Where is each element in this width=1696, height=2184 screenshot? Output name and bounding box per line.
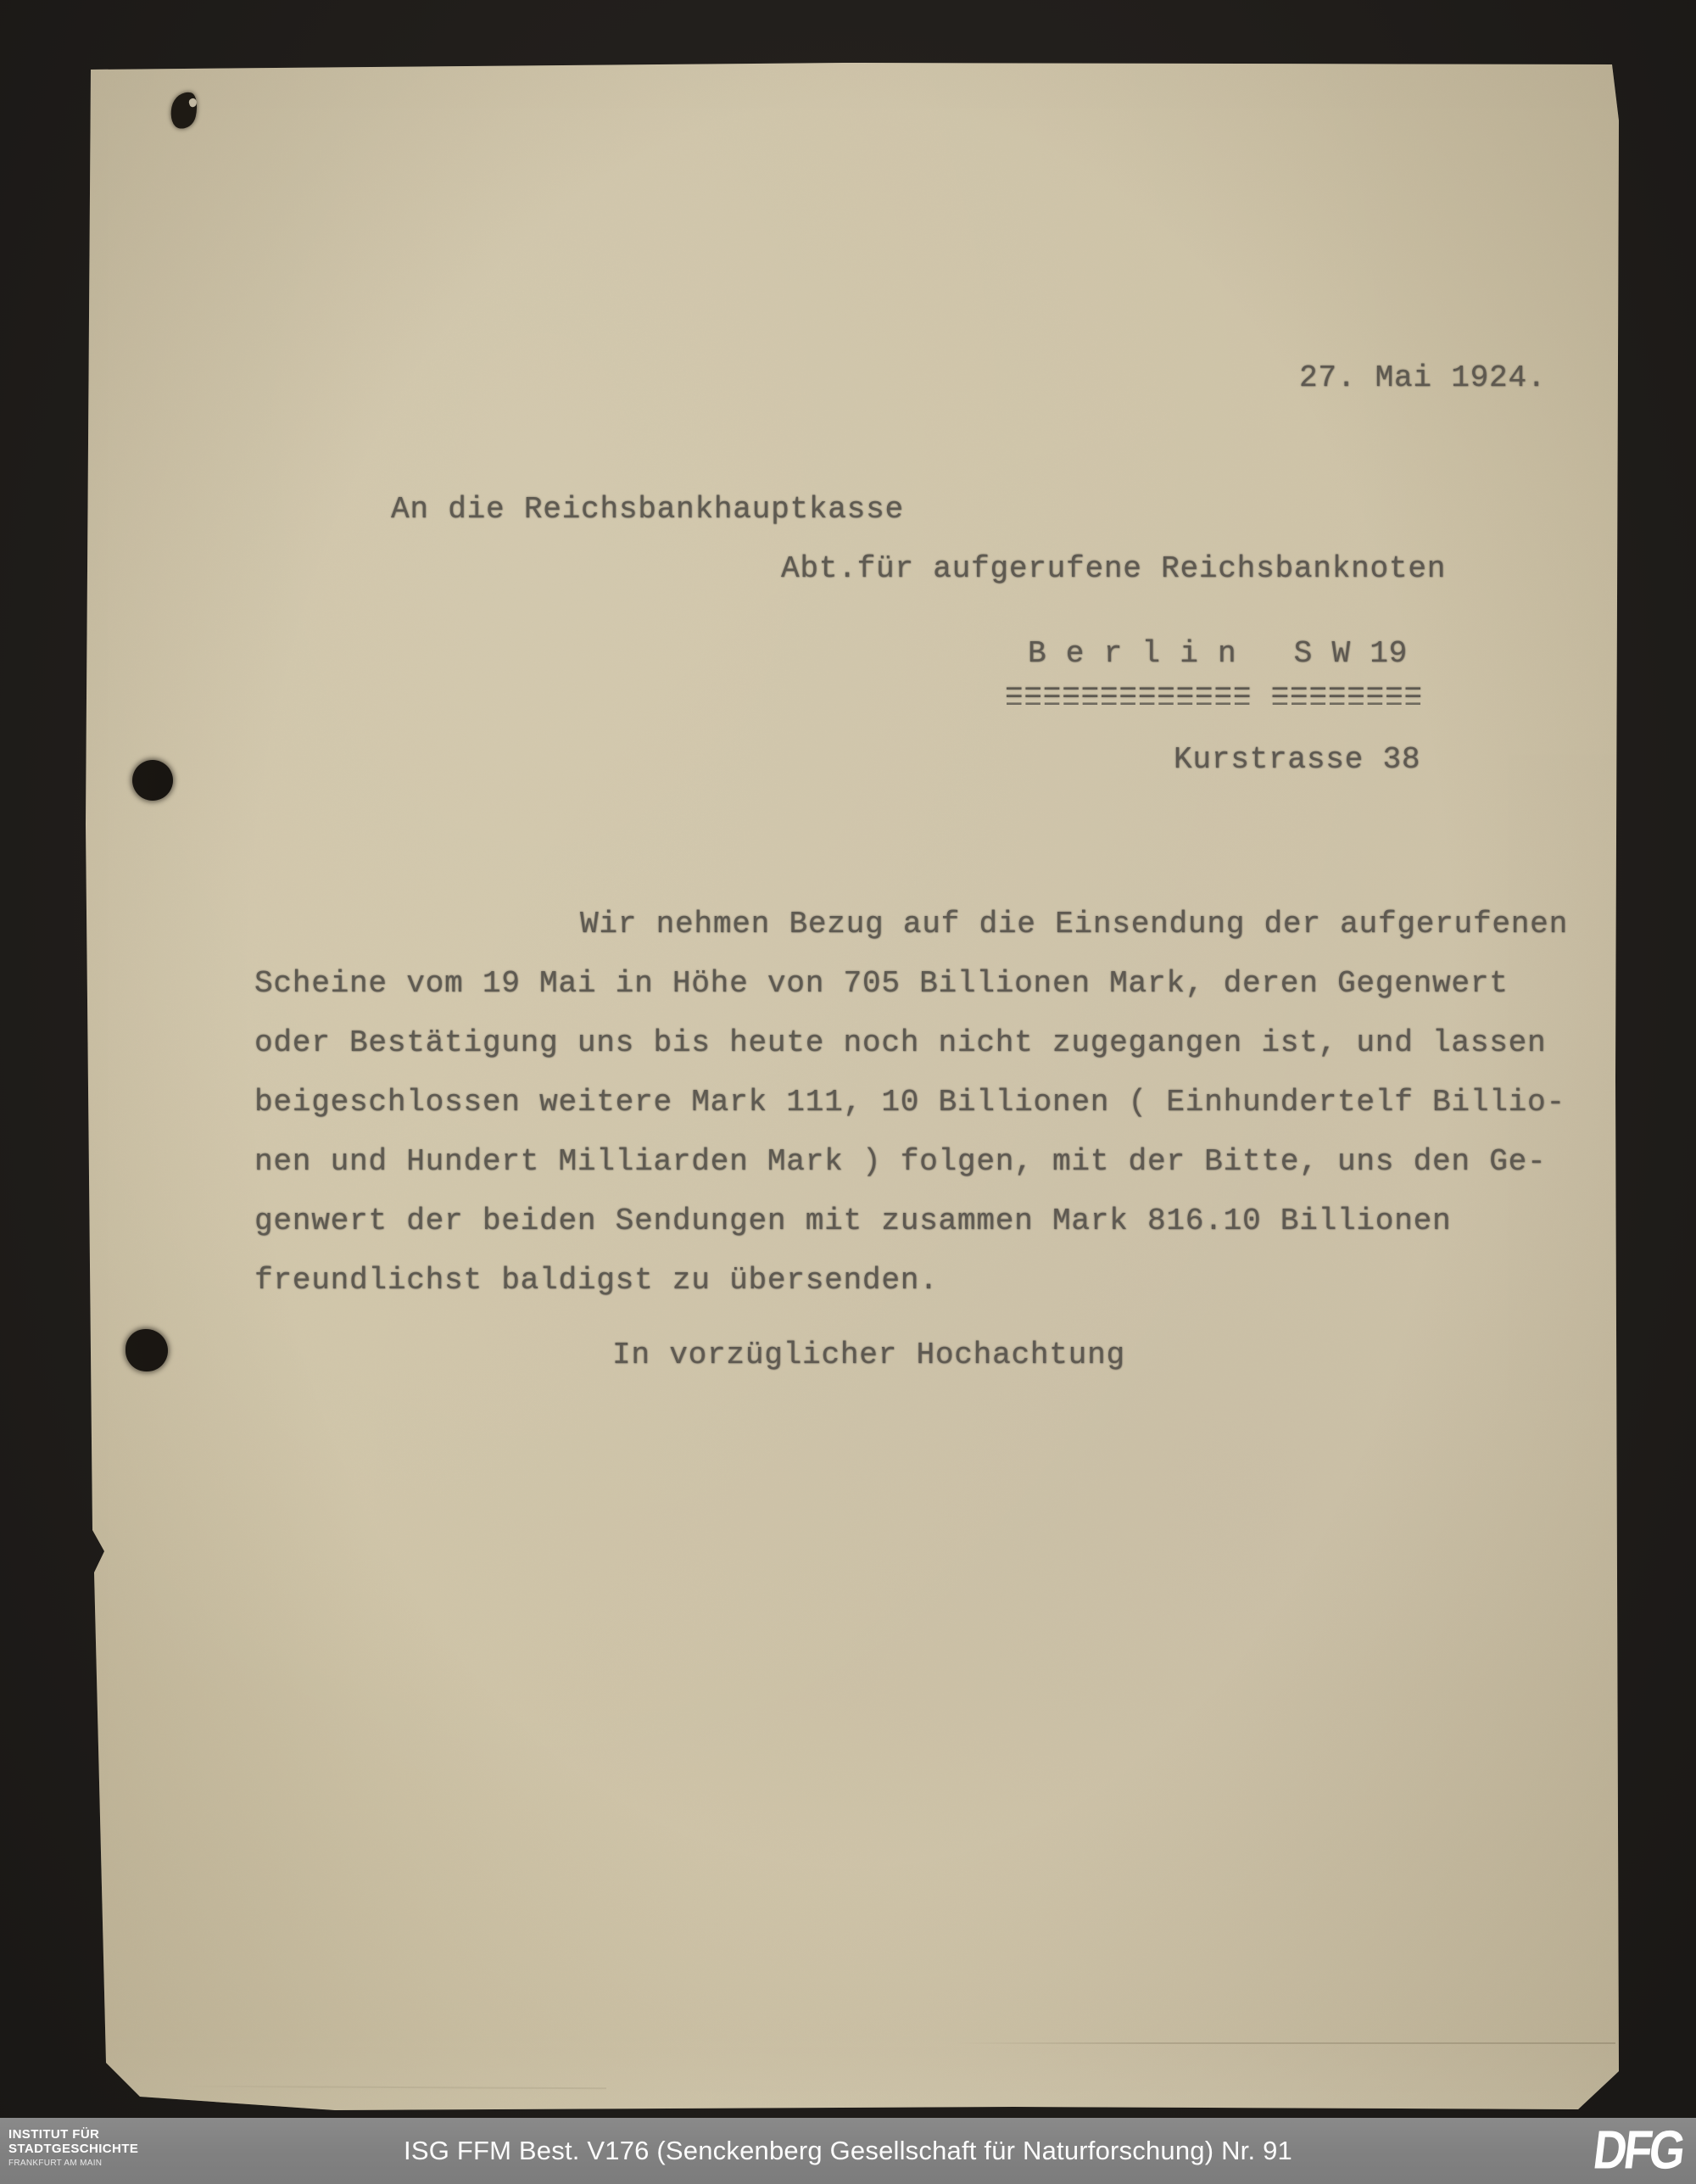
body-line: oder Bestätigung uns bis heute noch nich…: [254, 1028, 1546, 1058]
city-underline: ============= ========: [1005, 679, 1423, 710]
paper-edge-highlight: [81, 2034, 1621, 2110]
paper-tear-hole: [168, 89, 200, 131]
city-line: B e r l i n S W 19: [1028, 639, 1408, 669]
body-line: Wir nehmen Bezug auf die Einsendung der …: [580, 909, 1568, 940]
letter-date: 27. Mai 1924.: [1299, 363, 1546, 394]
body-line: beigeschlossen weitere Mark 111, 10 Bill…: [254, 1087, 1565, 1118]
body-line: nen und Hundert Milliarden Mark ) folgen…: [254, 1147, 1546, 1177]
street-line: Kurstrasse 38: [1174, 745, 1420, 775]
archive-reference: ISG FFM Best. V176 (Senckenberg Gesellsc…: [0, 2136, 1696, 2166]
paper-crease: [954, 2042, 1615, 2044]
paper-crease: [182, 2086, 606, 2090]
punch-hole-bottom: [126, 1329, 168, 1371]
footer-bar: INSTITUT FÜR STADTGESCHICHTE FRANKFURT A…: [0, 2118, 1696, 2184]
body-line: Scheine vom 19 Mai in Höhe von 705 Billi…: [254, 969, 1509, 999]
closing-line: In vorzüglicher Hochachtung: [612, 1340, 1125, 1371]
body-line: freundlichst baldigst zu übersenden.: [254, 1265, 939, 1296]
recipient-line-primary: An die Reichsbankhauptkasse: [391, 494, 904, 525]
dfg-logo: DFG: [1590, 2119, 1686, 2181]
recipient-line-department: Abt.für aufgerufene Reichsbanknoten: [781, 554, 1446, 584]
body-line: genwert der beiden Sendungen mit zusamme…: [254, 1206, 1451, 1237]
letter-page: 27. Mai 1924. An die Reichsbankhauptkass…: [81, 61, 1621, 2110]
scan-background: 27. Mai 1924. An die Reichsbankhauptkass…: [0, 0, 1696, 2184]
punch-hole-top: [132, 760, 173, 801]
